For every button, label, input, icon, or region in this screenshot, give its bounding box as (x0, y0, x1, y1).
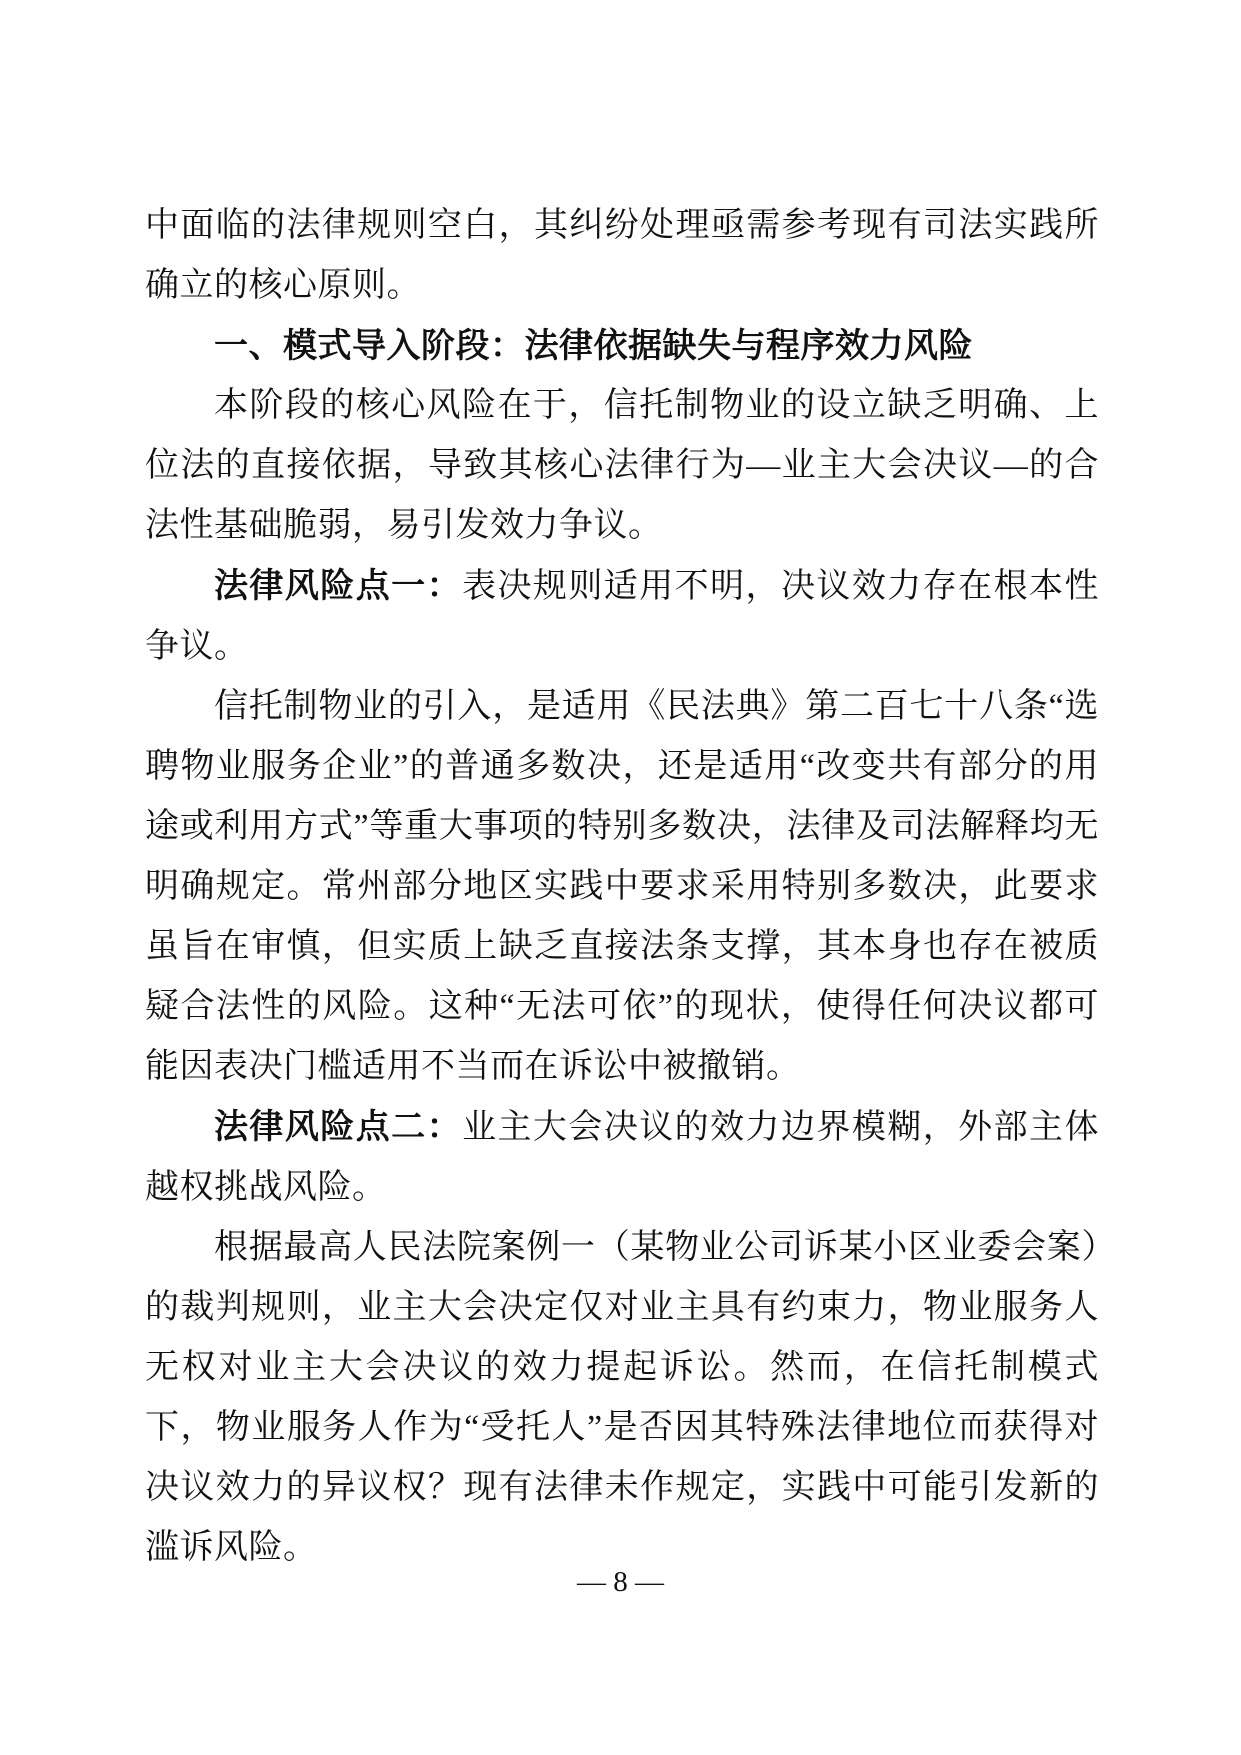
paragraph: 本阶段的核心风险在于，信托制物业的设立缺乏明确、上位法的直接依据，导致其核心法律… (145, 376, 1099, 556)
document-page: 中面临的法律规则空白，其纠纷处理亟需参考现有司法实践所确立的核心原则。一、模式导… (0, 0, 1241, 1755)
paragraph: 法律风险点一：表决规则适用不明，决议效力存在根本性争议。 (145, 556, 1099, 677)
page-number: — 8 — (0, 1560, 1241, 1604)
document-body: 中面临的法律规则空白，其纠纷处理亟需参考现有司法实践所确立的核心原则。一、模式导… (145, 196, 1099, 1578)
paragraph: 信托制物业的引入，是适用《民法典》第二百七十八条“选聘物业服务企业”的普通多数决… (145, 677, 1099, 1097)
paragraph-bold-lead: 法律风险点二： (214, 1108, 462, 1146)
section-heading: 一、模式导入阶段：法律依据缺失与程序效力风险 (145, 316, 1099, 376)
paragraph: 中面临的法律规则空白，其纠纷处理亟需参考现有司法实践所确立的核心原则。 (145, 196, 1099, 316)
paragraph: 法律风险点二：业主大会决议的效力边界模糊，外部主体越权挑战风险。 (145, 1097, 1099, 1218)
paragraph-bold-lead: 法律风险点一： (214, 567, 462, 605)
paragraph: 根据最高人民法院案例一（某物业公司诉某小区业委会案）的裁判规则，业主大会决定仅对… (145, 1218, 1099, 1578)
